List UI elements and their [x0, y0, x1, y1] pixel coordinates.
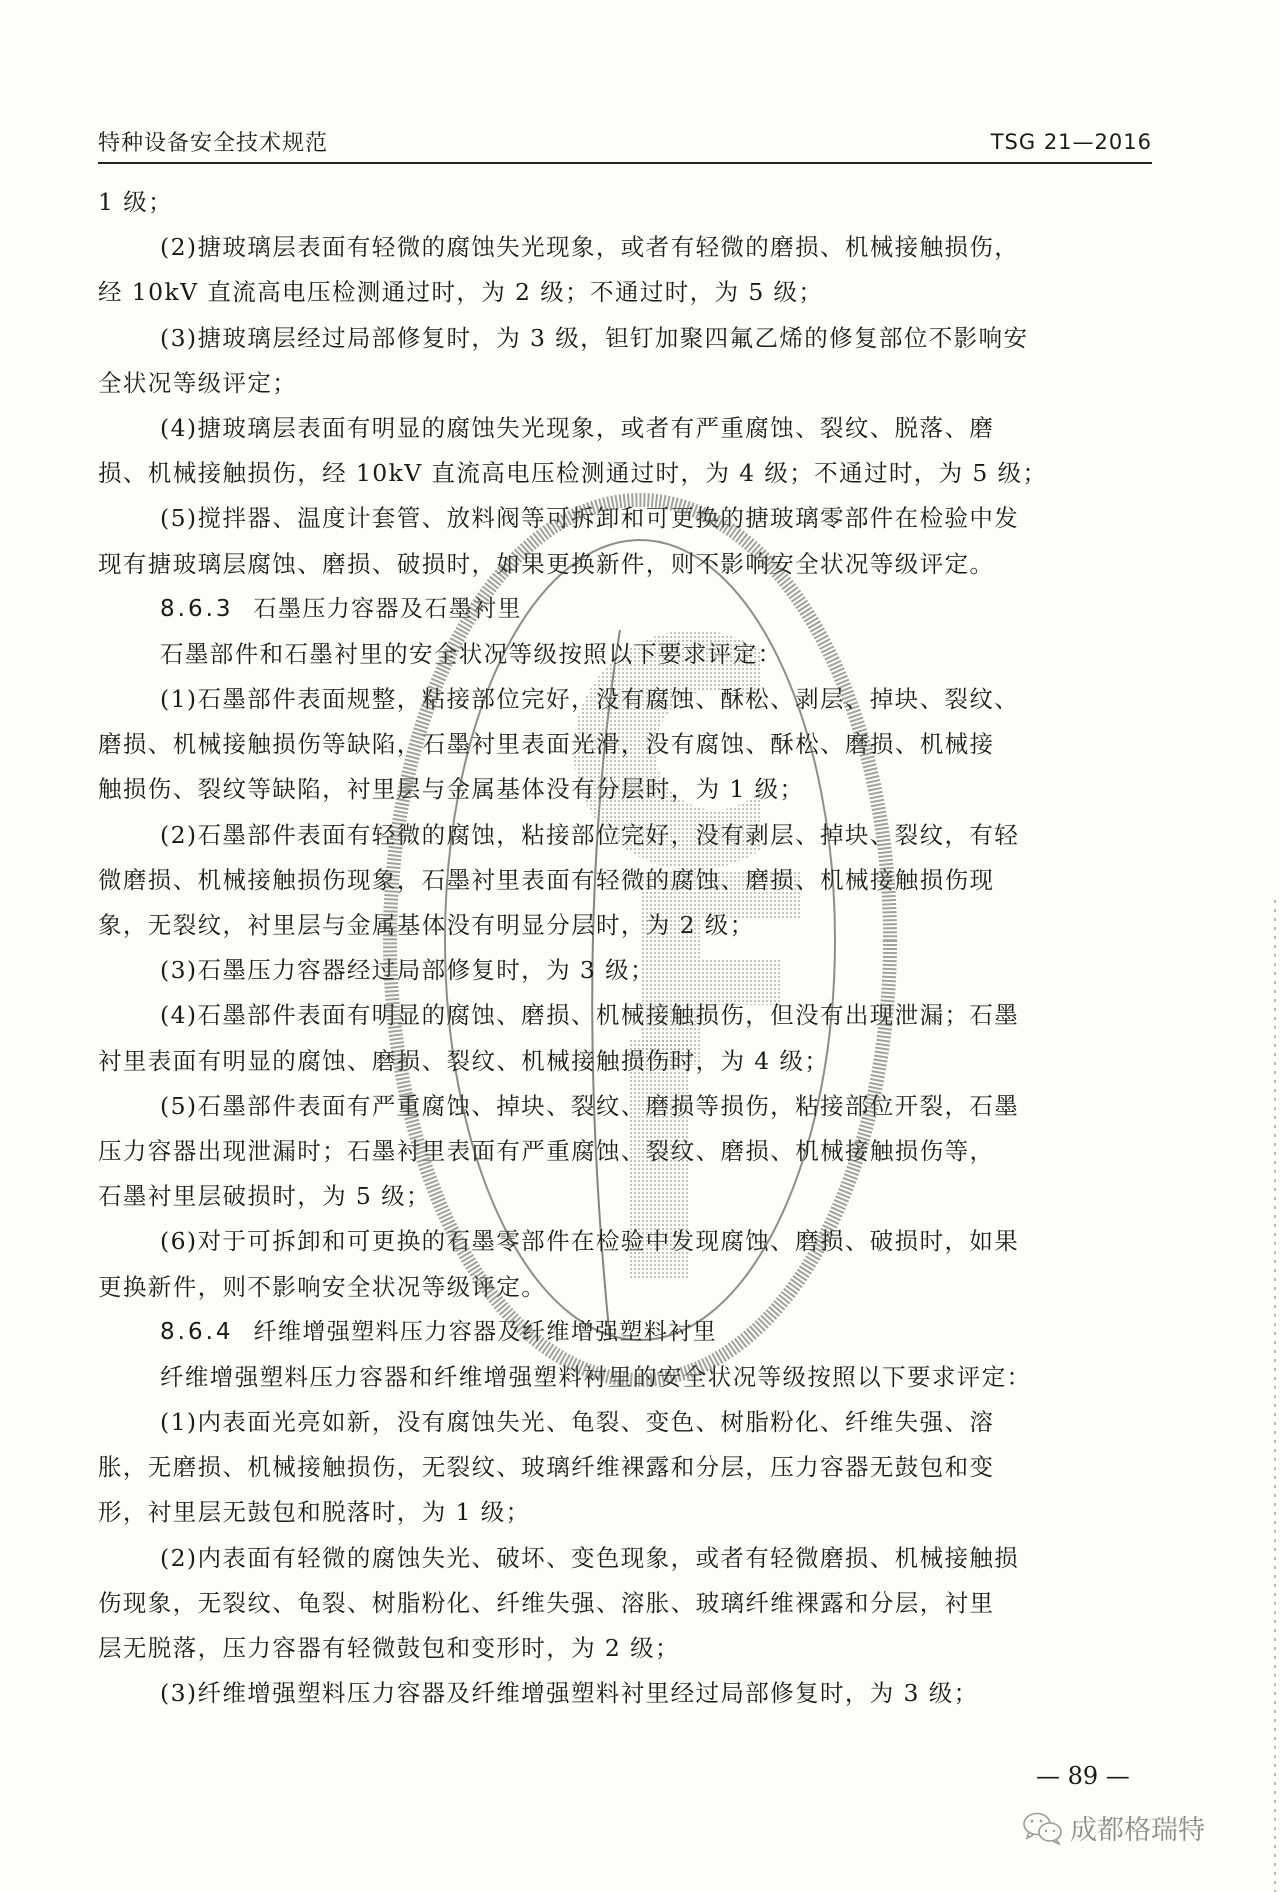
scan-edge-artifact: [1274, 900, 1276, 1892]
text-line: 经 10kV 直流高电压检测通过时，为 2 级；不通过时，为 5 级；: [98, 270, 1152, 315]
wechat-account-name: 成都格瑞特: [1070, 1808, 1205, 1847]
text-line: (1)石墨部件表面规整，粘接部位完好，没有腐蚀、酥松、剥层、掉块、裂纹、: [98, 677, 1152, 722]
section-title: 纤维增强塑料压力容器及纤维增强塑料衬里: [254, 1319, 718, 1345]
text-line: (5)石墨部件表面有严重腐蚀、掉块、裂纹、磨损等损伤，粘接部位开裂，石墨: [98, 1084, 1152, 1129]
text-line: (3)搪玻璃层经过局部修复时，为 3 级，钽钉加聚四氟乙烯的修复部位不影响安: [98, 316, 1152, 361]
text-line: (3)纤维增强塑料压力容器及纤维增强塑料衬里经过局部修复时，为 3 级；: [98, 1671, 1152, 1716]
running-header: 特种设备安全技术规范 TSG 21—2016: [98, 122, 1152, 164]
section-heading: 8.6.3石墨压力容器及石墨衬里: [98, 587, 1152, 632]
body-text: 1 级；(2)搪玻璃层表面有轻微的腐蚀失光现象，或者有轻微的磨损、机械接触损伤，…: [98, 180, 1152, 1716]
text-line: 石墨衬里层破损时，为 5 级；: [98, 1174, 1152, 1219]
text-line: (4)石墨部件表面有明显的腐蚀、磨损、机械接触损伤，但没有出现泄漏；石墨: [98, 993, 1152, 1038]
text-line: 象，无裂纹，衬里层与金属基体没有明显分层时，为 2 级；: [98, 903, 1152, 948]
text-line: 衬里表面有明显的腐蚀、磨损、裂纹、机械接触损伤时，为 4 级；: [98, 1039, 1152, 1084]
text-line: (5)搅拌器、温度计套管、放料阀等可拆卸和可更换的搪玻璃零部件在检验中发: [98, 496, 1152, 541]
text-line: (4)搪玻璃层表面有明显的腐蚀失光现象，或者有严重腐蚀、裂纹、脱落、磨: [98, 406, 1152, 451]
document-page: 特种设备安全技术规范 TSG 21—2016 1 级；(2)搪玻璃层表面有轻微的…: [0, 0, 1280, 1892]
text-line: 触损伤、裂纹等缺陷，衬里层与金属基体没有分层时，为 1 级；: [98, 767, 1152, 812]
text-line: 1 级；: [98, 180, 1152, 225]
text-line: (2)石墨部件表面有轻微的腐蚀，粘接部位完好，没有剥层、掉块、裂纹，有轻: [98, 813, 1152, 858]
text-line: (6)对于可拆卸和可更换的石墨零部件在检验中发现腐蚀、磨损、破损时，如果: [98, 1219, 1152, 1264]
text-line: 损、机械接触损伤，经 10kV 直流高电压检测通过时，为 4 级；不通过时，为 …: [98, 451, 1152, 496]
page-number: — 89 —: [1036, 1762, 1130, 1790]
text-line: 微磨损、机械接触损伤现象，石墨衬里表面有轻微的腐蚀、磨损、机械接触损伤现: [98, 858, 1152, 903]
header-title: 特种设备安全技术规范: [98, 126, 328, 157]
text-line: (1)内表面光亮如新，没有腐蚀失光、龟裂、变色、树脂粉化、纤维失强、溶: [98, 1400, 1152, 1445]
text-line: 石墨部件和石墨衬里的安全状况等级按照以下要求评定：: [98, 632, 1152, 677]
text-line: 磨损、机械接触损伤等缺陷，石墨衬里表面光滑，没有腐蚀、酥松、磨损、机械接: [98, 722, 1152, 767]
text-line: 层无脱落，压力容器有轻微鼓包和变形时，为 2 级；: [98, 1626, 1152, 1671]
text-line: 全状况等级评定；: [98, 361, 1152, 406]
text-line: 更换新件，则不影响安全状况等级评定。: [98, 1265, 1152, 1310]
text-line: 压力容器出现泄漏时；石墨衬里表面有严重腐蚀、裂纹、磨损、机械接触损伤等，: [98, 1129, 1152, 1174]
text-line: (2)内表面有轻微的腐蚀失光、破坏、变色现象，或者有轻微磨损、机械接触损: [98, 1536, 1152, 1581]
wechat-watermark: 成都格瑞特: [1022, 1808, 1205, 1847]
section-number: 8.6.4: [160, 1319, 234, 1345]
text-line: 胀，无磨损、机械接触损伤，无裂纹、玻璃纤维裸露和分层，压力容器无鼓包和变: [98, 1445, 1152, 1490]
text-line: 形，衬里层无鼓包和脱落时，为 1 级；: [98, 1490, 1152, 1535]
section-title: 石墨压力容器及石墨衬里: [254, 596, 522, 622]
section-heading: 8.6.4纤维增强塑料压力容器及纤维增强塑料衬里: [98, 1310, 1152, 1355]
text-line: (3)石墨压力容器经过局部修复时，为 3 级；: [98, 948, 1152, 993]
text-line: 伤现象，无裂纹、龟裂、树脂粉化、纤维失强、溶胀、玻璃纤维裸露和分层，衬里: [98, 1581, 1152, 1626]
text-line: (2)搪玻璃层表面有轻微的腐蚀失光现象，或者有轻微的磨损、机械接触损伤，: [98, 225, 1152, 270]
section-number: 8.6.3: [160, 596, 234, 622]
text-line: 纤维增强塑料压力容器和纤维增强塑料衬里的安全状况等级按照以下要求评定：: [98, 1355, 1152, 1400]
text-line: 现有搪玻璃层腐蚀、磨损、破损时，如果更换新件，则不影响安全状况等级评定。: [98, 542, 1152, 587]
header-standard-code: TSG 21—2016: [991, 130, 1152, 154]
wechat-icon: [1022, 1811, 1064, 1845]
